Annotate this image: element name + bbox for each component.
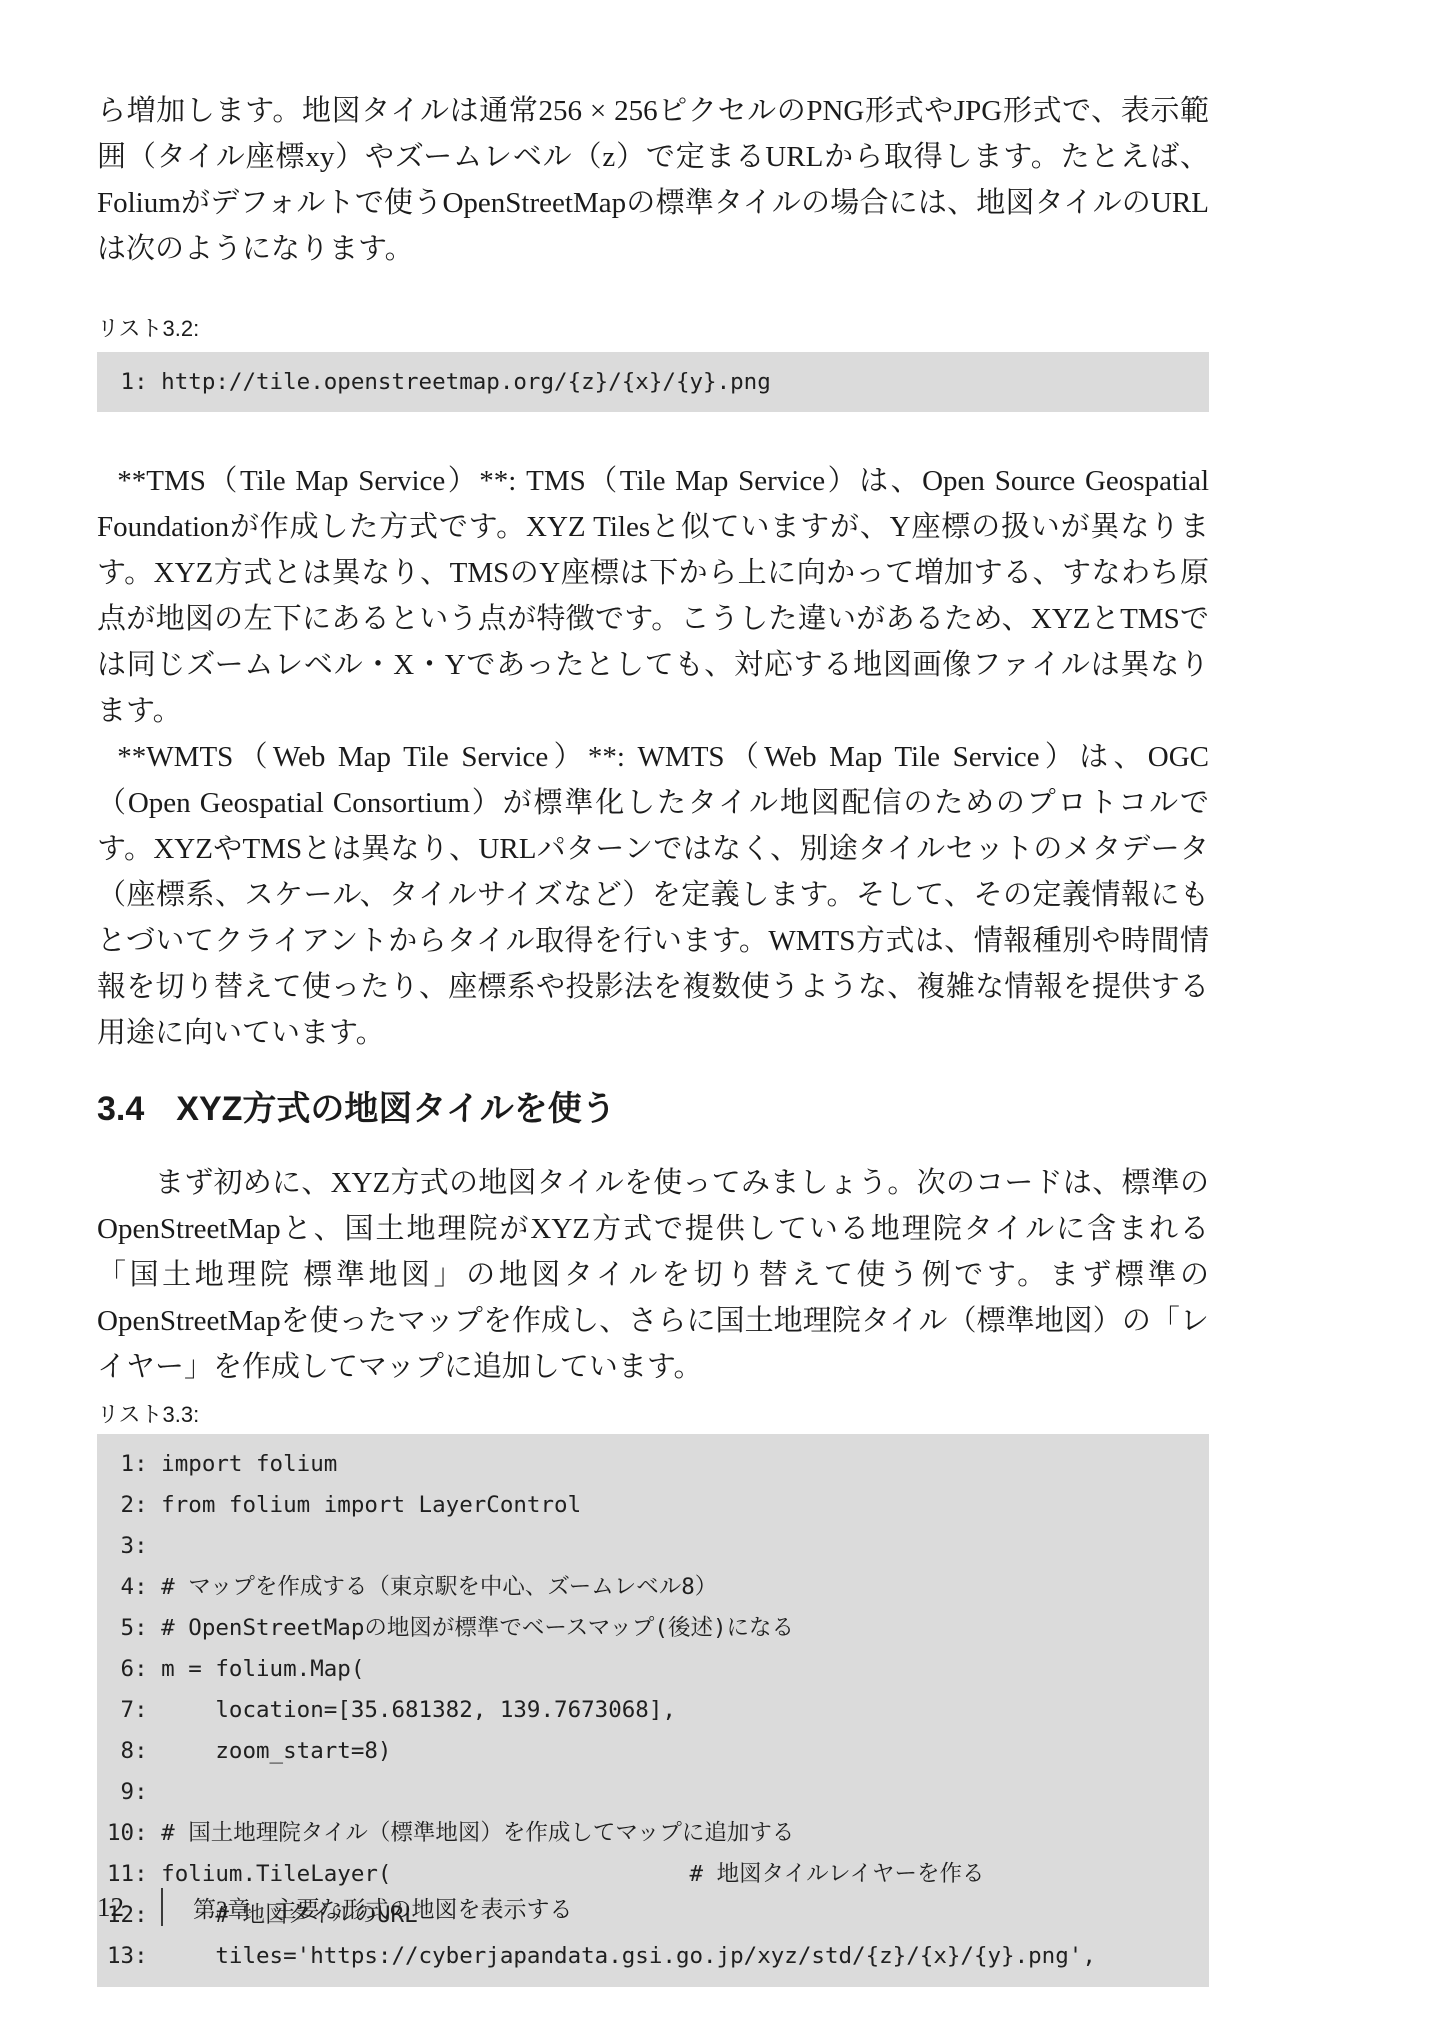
listing-3-3-label: リスト3.3:	[97, 1400, 1209, 1430]
code-line: 10: # 国土地理院タイル（標準地図）を作成してマップに追加する	[107, 1813, 1201, 1854]
code-line: 7: location=[35.681382, 139.7673068],	[107, 1690, 1201, 1731]
section-title: XYZ方式の地図タイルを使う	[176, 1086, 615, 1132]
paragraph-wmts: **WMTS（Web Map Tile Service）**: WMTS（Web…	[97, 734, 1209, 1056]
section-number: 3.4	[97, 1086, 144, 1132]
section-heading-3-4: 3.4 XYZ方式の地図タイルを使う	[97, 1086, 1209, 1132]
listing-3-2-label: リスト3.2:	[97, 314, 1209, 344]
footer-chapter-title: 第3章 主要な形式の地図を表示する	[193, 1891, 573, 1924]
page-content: ら増加します。地図タイルは通常256 × 256ピクセルのPNG形式やJPG形式…	[97, 0, 1209, 1987]
code-line: 2: from folium import LayerControl	[107, 1485, 1201, 1526]
code-line: 3:	[107, 1526, 1201, 1567]
code-line: 4: # マップを作成する（東京駅を中心、ズームレベル8）	[107, 1567, 1201, 1608]
code-line: 9:	[107, 1772, 1201, 1813]
paragraph-tms: **TMS（Tile Map Service）**: TMS（Tile Map …	[97, 458, 1209, 734]
code-line: 1: http://tile.openstreetmap.org/{z}/{x}…	[107, 362, 1201, 402]
code-line: 13: tiles='https://cyberjapandata.gsi.go…	[107, 1936, 1201, 1977]
paragraph-xyz-intro: まず初めに、XYZ方式の地図タイルを使ってみましょう。次のコードは、標準のOpe…	[97, 1160, 1209, 1390]
code-line: 6: m = folium.Map(	[107, 1649, 1201, 1690]
footer-divider	[161, 1888, 163, 1926]
code-line: 1: import folium	[107, 1444, 1201, 1485]
code-line: 8: zoom_start=8)	[107, 1731, 1201, 1772]
page-number: 12	[97, 1892, 141, 1923]
code-line: 5: # OpenStreetMapの地図が標準でベースマップ(後述)になる	[107, 1608, 1201, 1649]
page-footer: 12 第3章 主要な形式の地図を表示する	[97, 1888, 573, 1926]
listing-3-2-code-block: 1: http://tile.openstreetmap.org/{z}/{x}…	[97, 352, 1209, 412]
paragraph-tile-url-intro: ら増加します。地図タイルは通常256 × 256ピクセルのPNG形式やJPG形式…	[97, 88, 1209, 272]
